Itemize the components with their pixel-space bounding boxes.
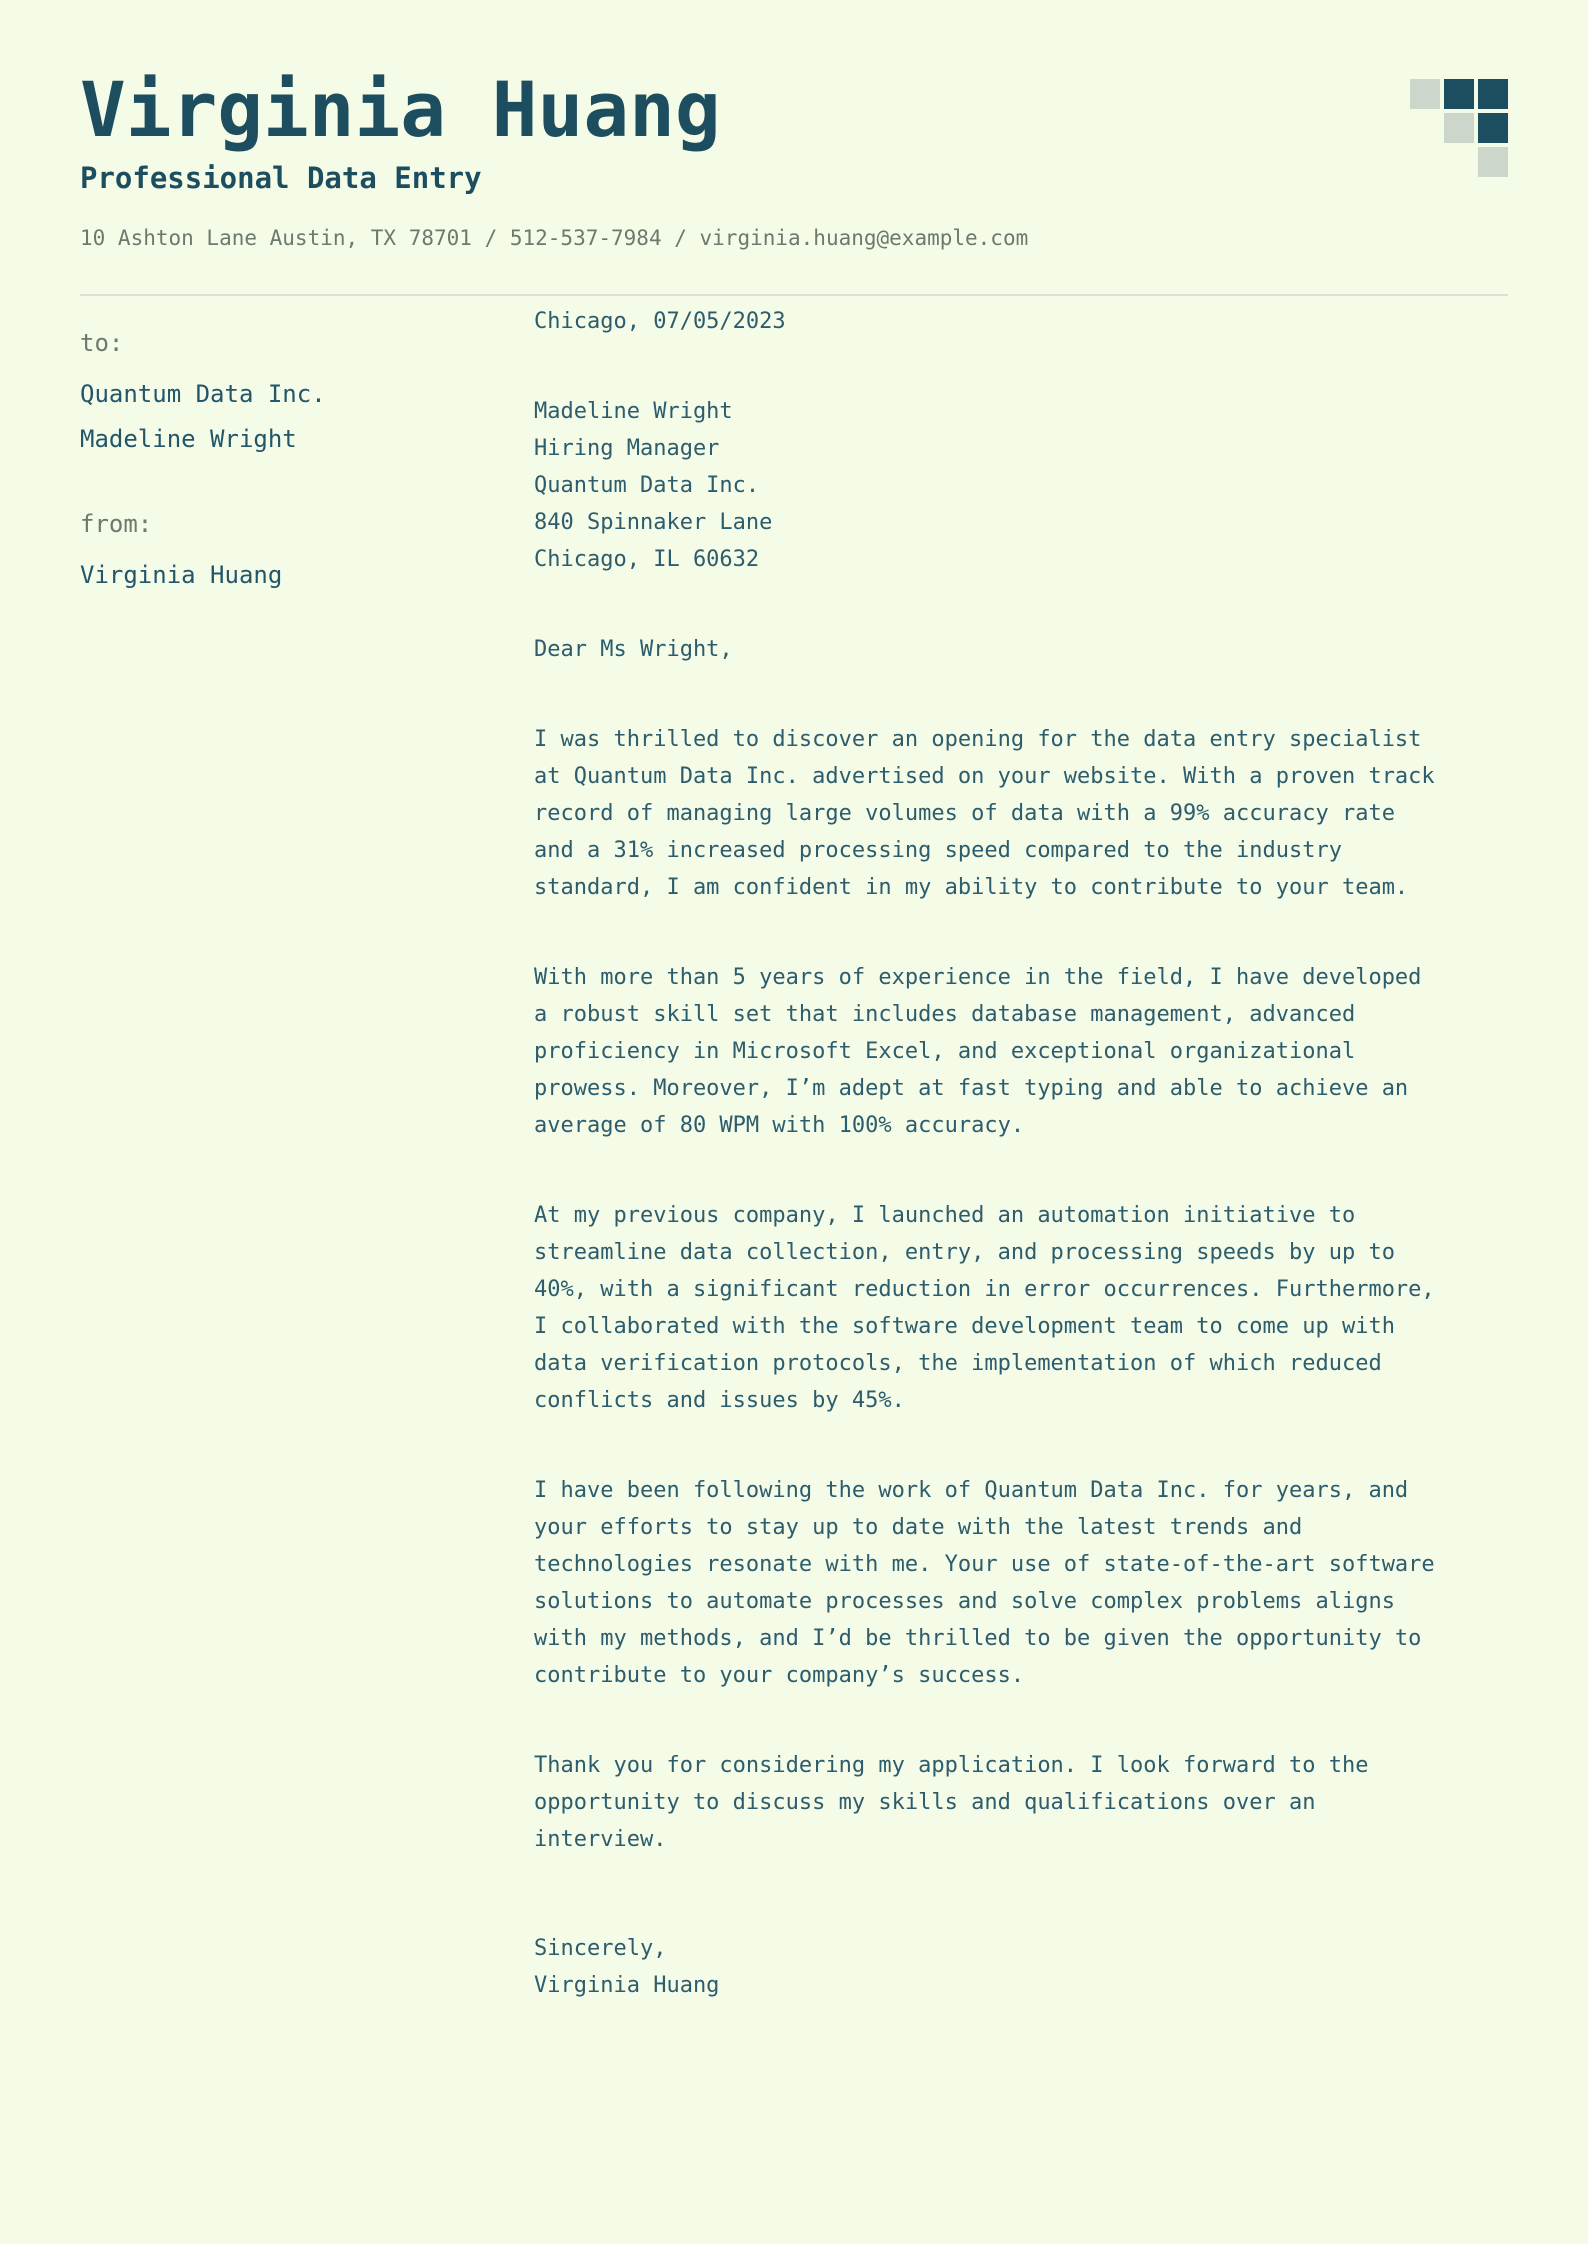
to-names: Quantum Data Inc.Madeline Wright	[80, 372, 534, 462]
sidebar-spacer	[80, 462, 534, 502]
sender-name: Virginia Huang	[80, 553, 534, 598]
signature-name: Virginia Huang	[534, 1967, 1441, 2004]
recipient-name: Quantum Data Inc.	[80, 372, 534, 417]
from-label: from:	[80, 502, 534, 547]
letter-paragraph: I have been following the work of Quantu…	[534, 1472, 1441, 1694]
job-title: Professional Data Entry	[80, 162, 1508, 196]
header: Virginia Huang Professional Data Entry 1…	[80, 0, 1508, 250]
letter-body: Chicago, 07/05/2023 Madeline WrightHirin…	[534, 303, 1441, 2004]
to-label: to:	[80, 321, 534, 366]
recipient-address: Madeline WrightHiring ManagerQuantum Dat…	[534, 393, 1441, 578]
logo-square	[1444, 147, 1474, 177]
logo-square	[1478, 79, 1508, 109]
page-title: Virginia Huang	[80, 0, 1508, 154]
logo-square	[1478, 113, 1508, 143]
logo-square	[1410, 113, 1440, 143]
letter-layout: to: Quantum Data Inc.Madeline Wright fro…	[80, 296, 1508, 2004]
letter-paragraph: I was thrilled to discover an opening fo…	[534, 721, 1441, 906]
letter-paragraph: With more than 5 years of experience in …	[534, 959, 1441, 1144]
contact-line: 10 Ashton Lane Austin, TX 78701 / 512-53…	[80, 226, 1508, 250]
closing-line: Sincerely,	[534, 1930, 1441, 1967]
brand-squares-logo	[1410, 79, 1508, 177]
logo-square	[1410, 79, 1440, 109]
address-line: Madeline Wright	[534, 393, 1441, 430]
salutation: Dear Ms Wright,	[534, 631, 1441, 668]
signature-block: Sincerely, Virginia Huang	[534, 1930, 1441, 2004]
address-line: Hiring Manager	[534, 430, 1441, 467]
address-line: Chicago, IL 60632	[534, 541, 1441, 578]
logo-square	[1478, 147, 1508, 177]
from-names: Virginia Huang	[80, 553, 534, 598]
logo-square	[1444, 79, 1474, 109]
sidebar: to: Quantum Data Inc.Madeline Wright fro…	[80, 321, 534, 598]
logo-square	[1410, 147, 1440, 177]
address-line: Quantum Data Inc.	[534, 467, 1441, 504]
letter-paragraph: At my previous company, I launched an au…	[534, 1197, 1441, 1419]
letter-paragraph: Thank you for considering my application…	[534, 1747, 1441, 1858]
address-line: 840 Spinnaker Lane	[534, 504, 1441, 541]
cover-letter-page: Virginia Huang Professional Data Entry 1…	[0, 0, 1588, 2244]
logo-square	[1444, 113, 1474, 143]
letter-paragraphs: I was thrilled to discover an opening fo…	[534, 721, 1441, 1858]
letter-date: Chicago, 07/05/2023	[534, 303, 1441, 340]
recipient-name: Madeline Wright	[80, 417, 534, 462]
